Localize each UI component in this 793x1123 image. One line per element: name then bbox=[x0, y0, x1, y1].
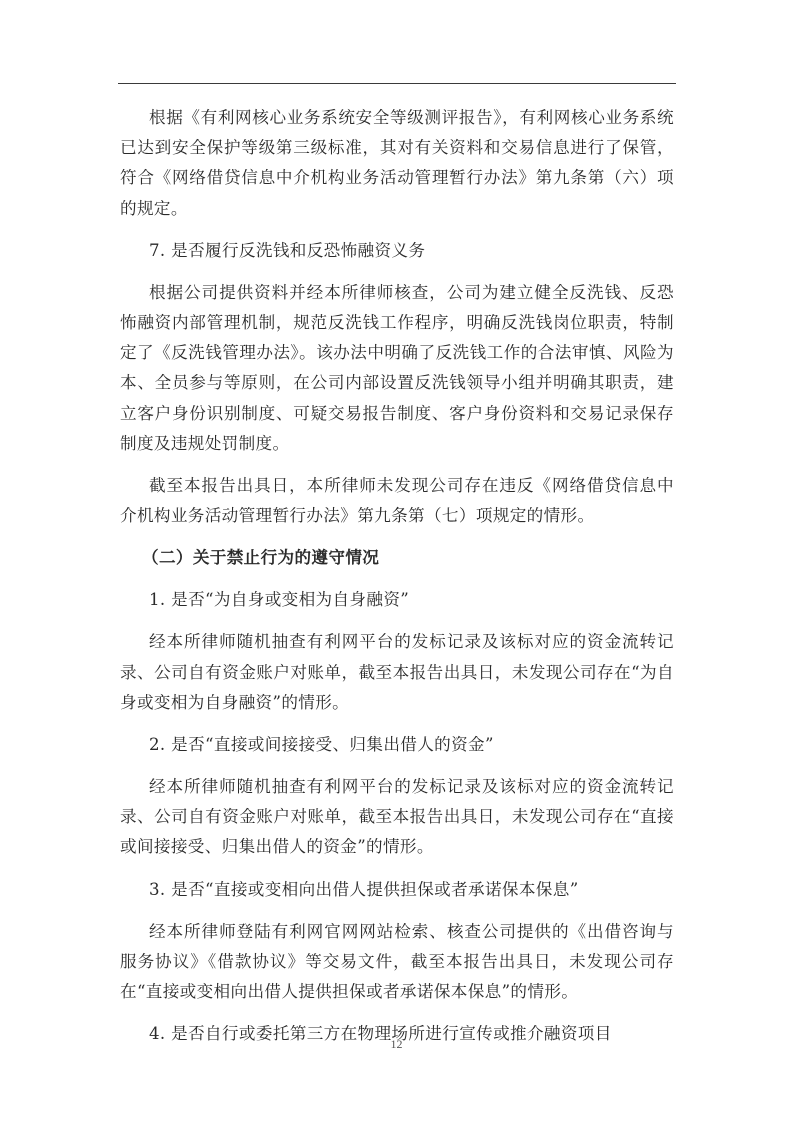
heading-item-7-aml: 7. 是否履行反洗钱和反恐怖融资义务 bbox=[120, 236, 674, 266]
paragraph-security-level: 根据《有利网核心业务系统安全等级测评报告》，有利网核心业务系统已达到安全保护等级… bbox=[120, 103, 674, 224]
heading-item-3-guarantee: 3. 是否“直接或变相向出借人提供担保或者承诺保本保息” bbox=[120, 875, 674, 905]
paragraph-self-financing: 经本所律师随机抽查有利网平台的发标记录及该标对应的资金流转记录、公司自有资金账户… bbox=[120, 627, 674, 718]
header-rule bbox=[118, 83, 676, 84]
paragraph-aml-conclusion: 截至本报告出具日，本所律师未发现公司存在违反《网络借贷信息中介机构业务活动管理暂… bbox=[120, 471, 674, 531]
paragraph-fund-pooling: 经本所律师随机抽查有利网平台的发标记录及该标对应的资金流转记录、公司自有资金账户… bbox=[120, 772, 674, 863]
paragraph-aml-measures: 根据公司提供资料并经本所律师核查，公司为建立健全反洗钱、反恐怖融资内部管理机制，… bbox=[120, 278, 674, 459]
paragraph-guarantee: 经本所律师登陆有利网官网网站检索、核查公司提供的《出借咨询与服务协议》《借款协议… bbox=[120, 917, 674, 1008]
heading-item-1-self-financing: 1. 是否“为自身或变相为自身融资” bbox=[120, 585, 674, 615]
page-number: 12 bbox=[0, 1037, 793, 1052]
heading-item-2-fund-pooling: 2. 是否“直接或间接接受、归集出借人的资金” bbox=[120, 730, 674, 760]
page-body: 根据《有利网核心业务系统安全等级测评报告》，有利网核心业务系统已达到安全保护等级… bbox=[120, 103, 674, 1049]
section-heading-prohibited-acts: （二）关于禁止行为的遵守情况 bbox=[120, 543, 674, 573]
